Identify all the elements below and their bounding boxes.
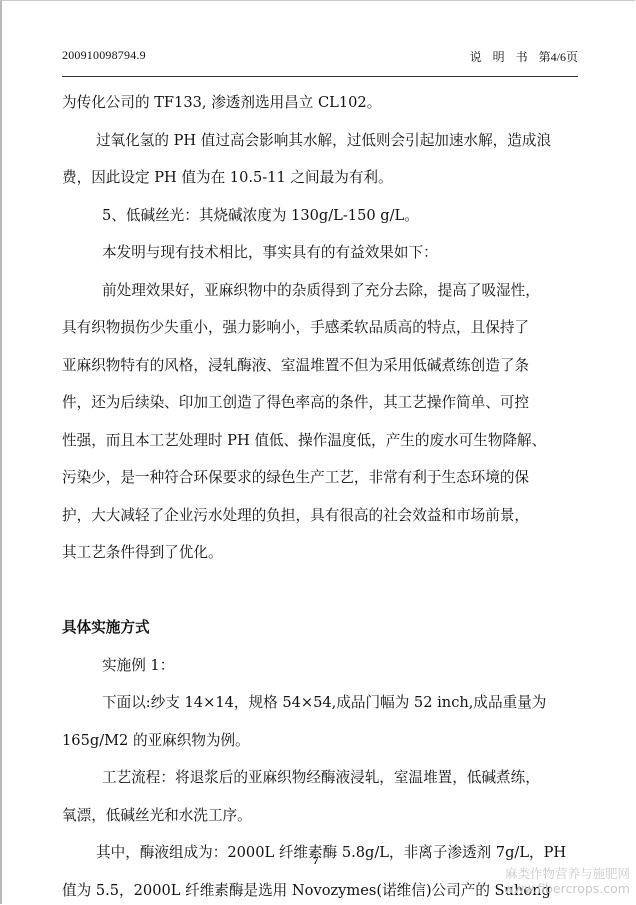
body-line: 过氧化氢的 PH 值过高会影响其水解，过低则会引起加速水解，造成浪 — [62, 122, 582, 160]
document-body: 为传化公司的 TF133, 渗透剂选用昌立 CL102。 过氧化氢的 PH 值过… — [62, 84, 582, 905]
body-line: 污染少，是一种符合环保要求的绿色生产工艺，非常有利于生态环境的保 — [62, 459, 582, 497]
body-line: 165g/M2 的亚麻织物为例。 — [62, 722, 582, 760]
page-indicator: 第4/6页 — [539, 50, 578, 64]
watermark: 麻类作物营养与施肥网 www.fibercrops.com — [504, 866, 630, 896]
body-line: 下面以:纱支 14×14，规格 54×54,成品门幅为 52 inch,成品重量… — [62, 684, 582, 722]
body-line: 本发明与现有技术相比，事实具有的有益效果如下： — [62, 234, 582, 272]
body-line: 其工艺条件得到了优化。 — [62, 534, 582, 572]
doc-type-char: 说 — [470, 50, 482, 64]
watermark-url: www.fibercrops.com — [504, 881, 630, 896]
spacer — [62, 572, 582, 610]
body-line: 氧漂，低碱丝光和水洗工序。 — [62, 797, 582, 835]
section-heading: 具体实施方式 — [62, 609, 582, 647]
body-line: 为传化公司的 TF133, 渗透剂选用昌立 CL102。 — [62, 84, 582, 122]
header-rule — [62, 76, 578, 77]
body-line: 具有织物损伤少失重小，强力影响小，手感柔软品质高的特点，且保持了 — [62, 309, 582, 347]
doc-type-char: 书 — [516, 50, 528, 64]
body-line: 前处理效果好，亚麻织物中的杂质得到了充分去除，提高了吸湿性， — [62, 272, 582, 310]
document-number: 200910098794.9 — [62, 48, 146, 63]
document-type-and-page: 说 明 书 第4/6页 — [462, 48, 578, 65]
body-line: 性强，而且本工艺处理时 PH 值低、操作温度低，产生的废水可生物降解、 — [62, 422, 582, 460]
body-line: 费，因此设定 PH 值为在 10.5-11 之间最为有利。 — [62, 159, 582, 197]
body-line: 工艺流程：将退浆后的亚麻织物经酶液浸轧，室温堆置，低碱煮练， — [62, 759, 582, 797]
watermark-title: 麻类作物营养与施肥网 — [504, 866, 630, 881]
body-line: 5、低碱丝光：其烧碱浓度为 130g/L-150 g/L。 — [62, 197, 582, 235]
body-line: 实施例 1： — [62, 647, 582, 685]
page-number: 7 — [313, 855, 319, 867]
body-line: 护，大大减轻了企业污水处理的负担，具有很高的社会效益和市场前景， — [62, 497, 582, 535]
body-line: 件，还为后续染、印加工创造了得色率高的条件，其工艺操作简单、可控 — [62, 384, 582, 422]
doc-type-char: 明 — [493, 50, 505, 64]
body-line: 亚麻织物特有的风格，浸轧酶液、室温堆置不但为采用低碱煮练创造了条 — [62, 347, 582, 385]
page-header: 200910098794.9 说 明 书 第4/6页 — [62, 46, 578, 68]
